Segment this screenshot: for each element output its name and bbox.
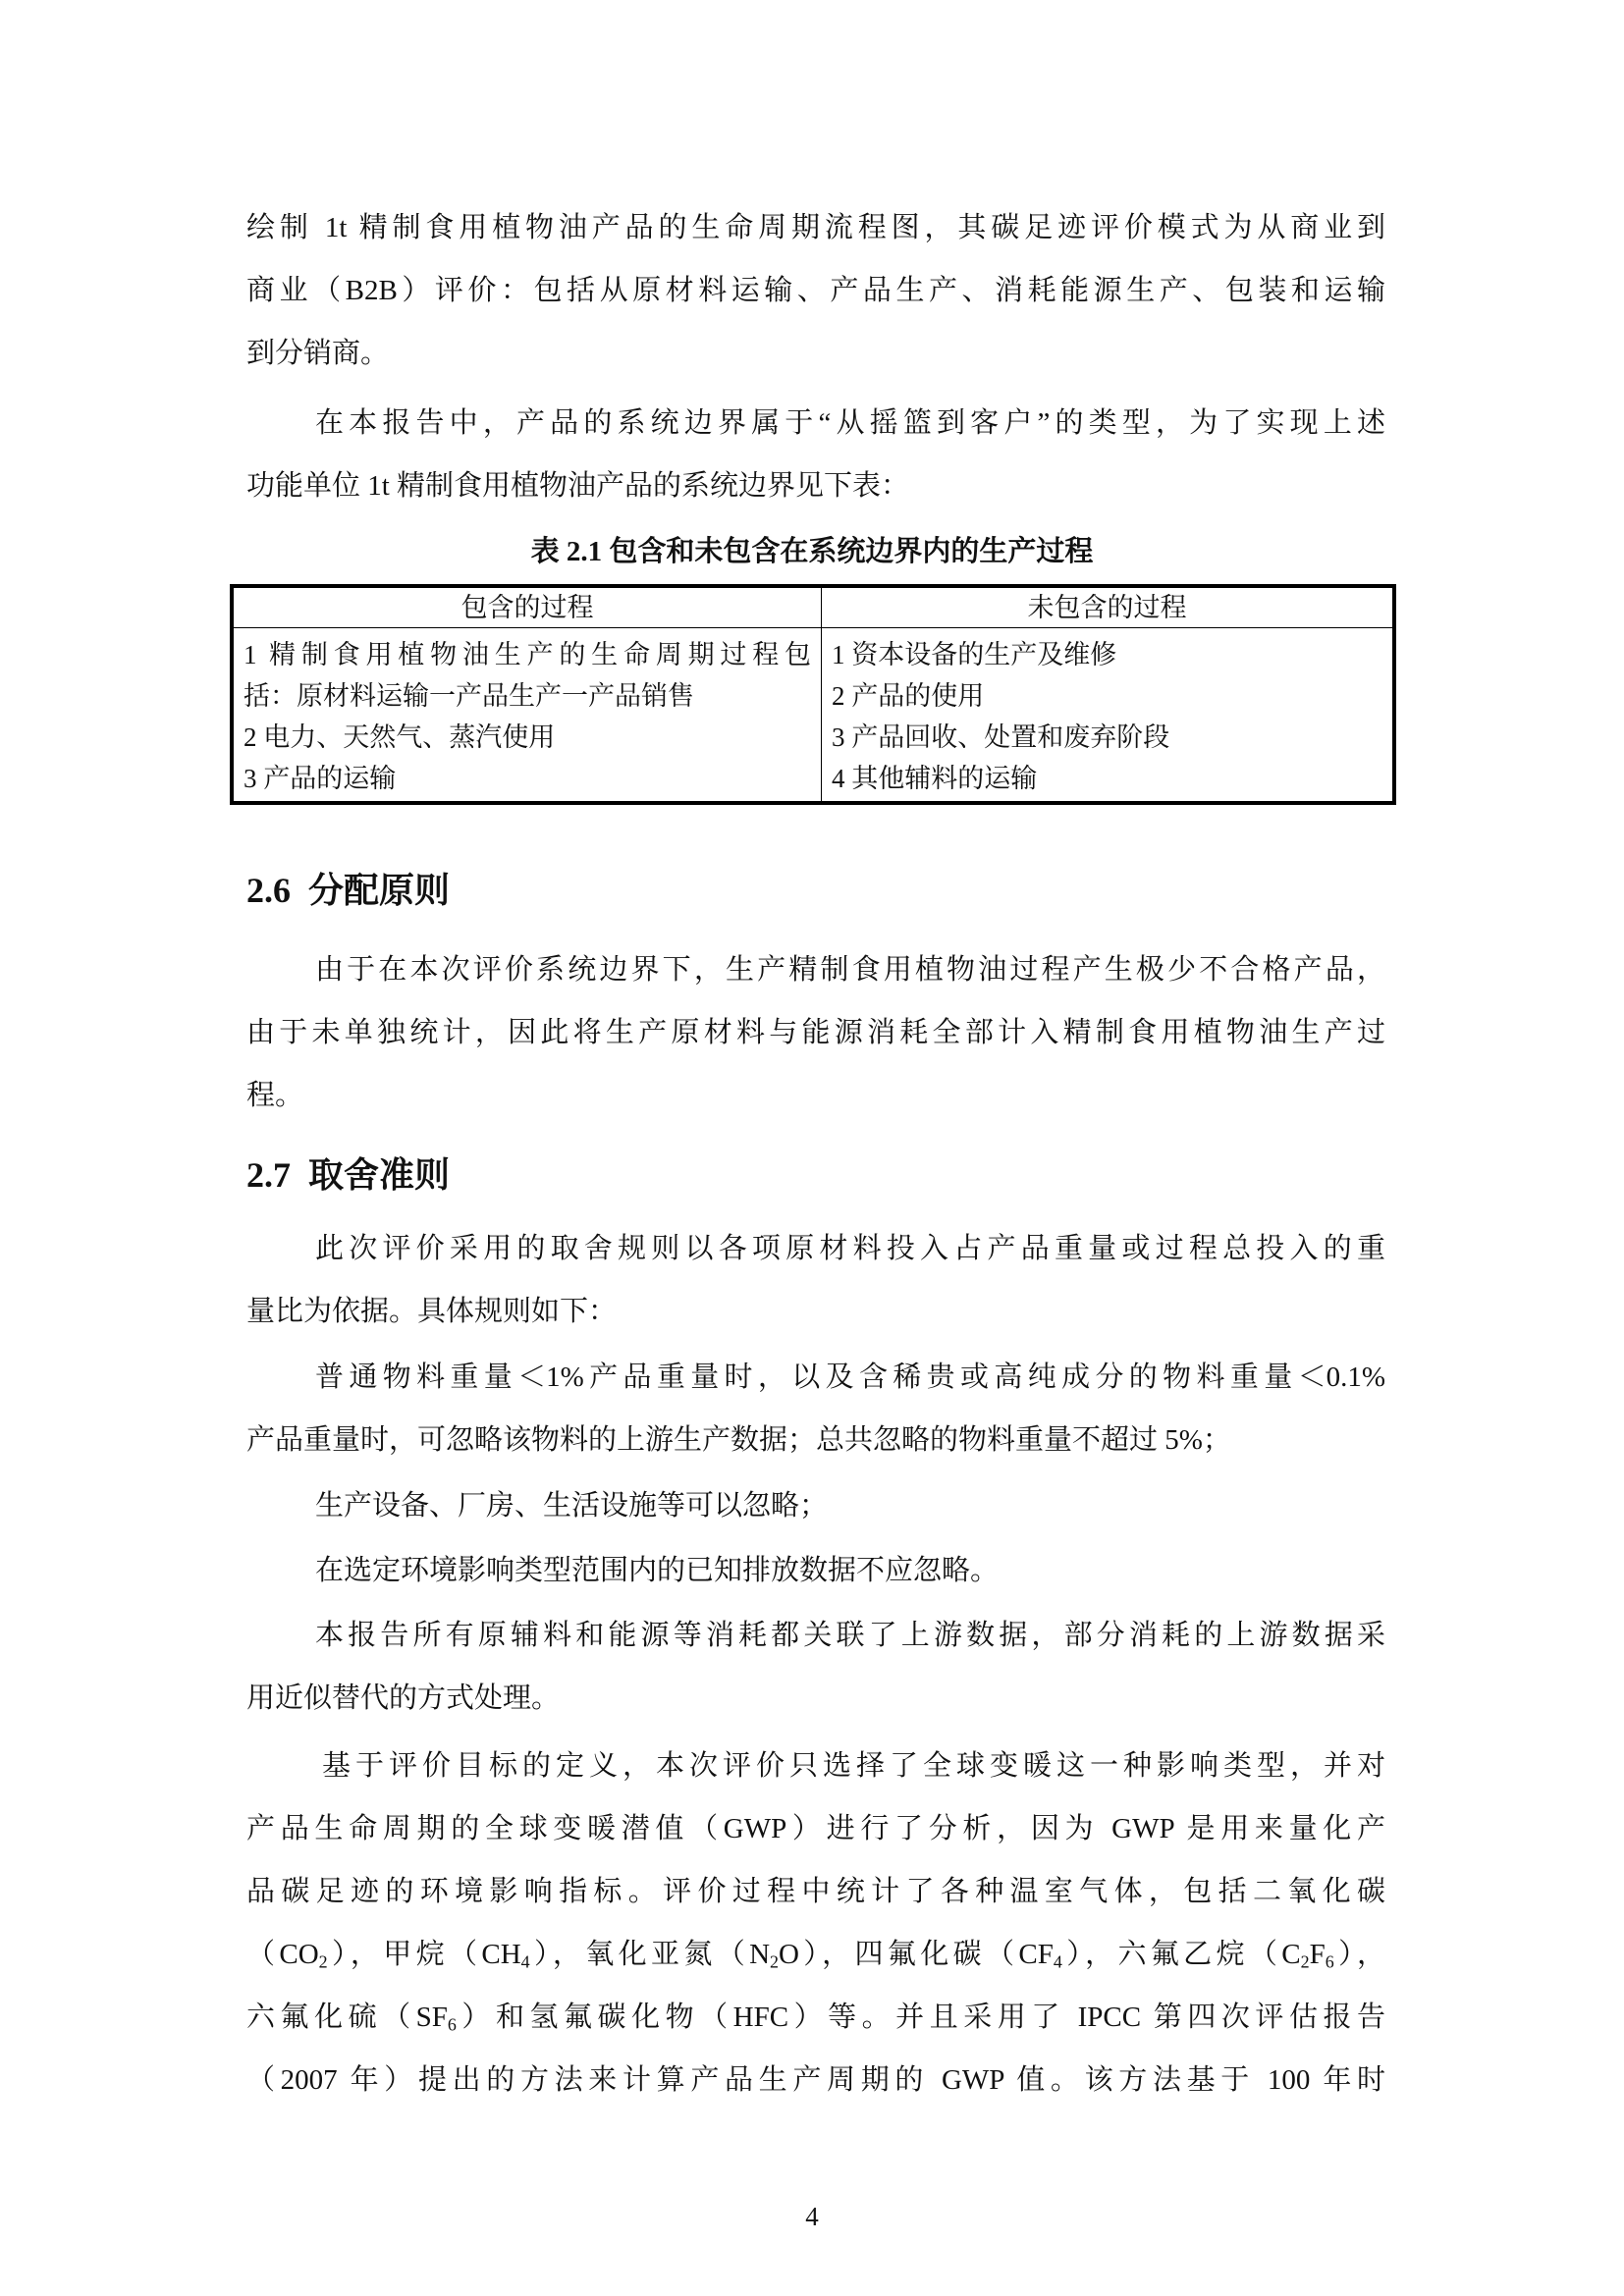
excluded-item: 2 产品的使用	[832, 675, 1382, 717]
intro-line-1: 绘制 1t 精制食用植物油产品的生命周期流程图，其碳足迹评价模式为从商业到	[246, 210, 1385, 245]
system-boundary-table: 包含的过程 未包含的过程 1 精制食用植物油生产的生命周期过程包 括：原材料运输…	[230, 584, 1396, 805]
section-title: 分配原则	[308, 871, 450, 910]
excluded-item: 3 产品回收、处置和废弃阶段	[832, 717, 1382, 758]
allocation-line-3: 程。	[246, 1078, 1385, 1113]
section-number: 2.6	[246, 871, 291, 910]
header-included: 包含的过程	[232, 586, 822, 628]
document-page: 绘制 1t 精制食用植物油产品的生命周期流程图，其碳足迹评价模式为从商业到 商业…	[0, 0, 1624, 2296]
included-item: 3 产品的运输	[244, 758, 811, 799]
gwp-line-3: 品碳足迹的环境影响指标。评价过程中统计了各种温室气体，包括二氧化碳	[246, 1874, 1385, 1909]
header-excluded: 未包含的过程	[822, 586, 1395, 628]
gwp-line-5: 六氟化硫（SF6）和氢氟碳化物（HFC）等。并且采用了 IPCC 第四次评估报告	[246, 2000, 1385, 2035]
gwp-line-1: 基于评价目标的定义，本次评价只选择了全球变暖这一种影响类型，并对	[322, 1748, 1385, 1784]
section-number: 2.7	[246, 1155, 291, 1195]
gwp-line-2: 产品生命周期的全球变暖潜值（GWP）进行了分析，因为 GWP 是用来量化产	[246, 1811, 1385, 1846]
intro-line-2: 商业（B2B）评价：包括从原材料运输、产品生产、消耗能源生产、包装和运输	[246, 273, 1385, 308]
text-span: ），	[1334, 1939, 1385, 1970]
cutoff-p3: 生产设备、厂房、生活设施等可以忽略；	[315, 1488, 1385, 1523]
intro-line-3: 到分销商。	[246, 336, 1385, 371]
cutoff-p1-line-2: 量比为依据。具体规则如下：	[246, 1294, 1385, 1329]
subscript: 2	[319, 1951, 328, 1971]
table-caption: 表 2.1 包含和未包含在系统边界内的生产过程	[0, 534, 1624, 569]
allocation-line-2: 由于未单独统计，因此将生产原材料与能源消耗全部计入精制食用植物油生产过	[246, 1015, 1385, 1050]
text-span: O），四氟化碳（CF	[779, 1939, 1054, 1970]
excluded-item: 1 资本设备的生产及维修	[832, 634, 1382, 675]
excluded-item: 4 其他辅料的运输	[832, 758, 1382, 799]
cutoff-p2-line-1: 普通物料重量＜1%产品重量时，以及含稀贵或高纯成分的物料重量＜0.1%	[315, 1360, 1385, 1395]
boundary-line-1: 在本报告中，产品的系统边界属于“从摇篮到客户”的类型，为了实现上述	[315, 405, 1385, 441]
gwp-line-4: （CO2），甲烷（CH4），氧化亚氮（N2O），四氟化碳（CF4），六氟乙烷（C…	[246, 1937, 1385, 1972]
subscript: 2	[770, 1951, 779, 1971]
section-heading-2-6: 2.6分配原则	[246, 869, 450, 912]
cutoff-p1-line-1: 此次评价采用的取舍规则以各项原材料投入占产品重量或过程总投入的重	[315, 1231, 1385, 1266]
text-span: ），甲烷（CH	[328, 1939, 521, 1970]
table-header-row: 包含的过程 未包含的过程	[232, 586, 1394, 628]
text-span: （CO	[246, 1939, 319, 1970]
text-span: F	[1310, 1939, 1326, 1970]
text-span: ）和氢氟碳化物（HFC）等。并且采用了 IPCC 第四次评估报告	[457, 2002, 1385, 2033]
text-span: ），六氟乙烷（C	[1062, 1939, 1301, 1970]
allocation-line-1: 由于在本次评价系统边界下，生产精制食用植物油过程产生极少不合格产品，	[315, 952, 1385, 988]
text-span: 六氟化硫（SF	[246, 2002, 448, 2033]
cutoff-p5-line-2: 用近似替代的方式处理。	[246, 1681, 1385, 1716]
subscript: 4	[521, 1951, 530, 1971]
cutoff-p2-line-2: 产品重量时，可忽略该物料的上游生产数据；总共忽略的物料重量不超过 5%；	[246, 1422, 1385, 1458]
boundary-line-2: 功能单位 1t 精制食用植物油产品的系统边界见下表：	[246, 468, 1385, 504]
subscript: 2	[1301, 1951, 1310, 1971]
included-item: 2 电力、天然气、蒸汽使用	[244, 717, 811, 758]
included-item: 1 精制食用植物油生产的生命周期过程包	[244, 634, 811, 675]
included-cell: 1 精制食用植物油生产的生命周期过程包 括：原材料运输一产品生产一产品销售 2 …	[232, 628, 822, 804]
text-span: ），氧化亚氮（N	[530, 1939, 770, 1970]
cutoff-p5-line-1: 本报告所有原辅料和能源等消耗都关联了上游数据，部分消耗的上游数据采	[315, 1618, 1385, 1653]
subscript: 6	[448, 2014, 457, 2034]
excluded-cell: 1 资本设备的生产及维修 2 产品的使用 3 产品回收、处置和废弃阶段 4 其他…	[822, 628, 1395, 804]
subscript: 6	[1326, 1951, 1334, 1971]
table-row: 1 精制食用植物油生产的生命周期过程包 括：原材料运输一产品生产一产品销售 2 …	[232, 628, 1394, 804]
subscript: 4	[1054, 1951, 1062, 1971]
gwp-line-6: （2007 年）提出的方法来计算产品生产周期的 GWP 值。该方法基于 100 …	[246, 2062, 1385, 2098]
cutoff-p4: 在选定环境影响类型范围内的已知排放数据不应忽略。	[315, 1553, 1385, 1588]
page-number: 4	[0, 2202, 1624, 2232]
section-title: 取舍准则	[308, 1155, 450, 1195]
included-item: 括：原材料运输一产品生产一产品销售	[244, 675, 811, 717]
section-heading-2-7: 2.7取舍准则	[246, 1153, 450, 1197]
